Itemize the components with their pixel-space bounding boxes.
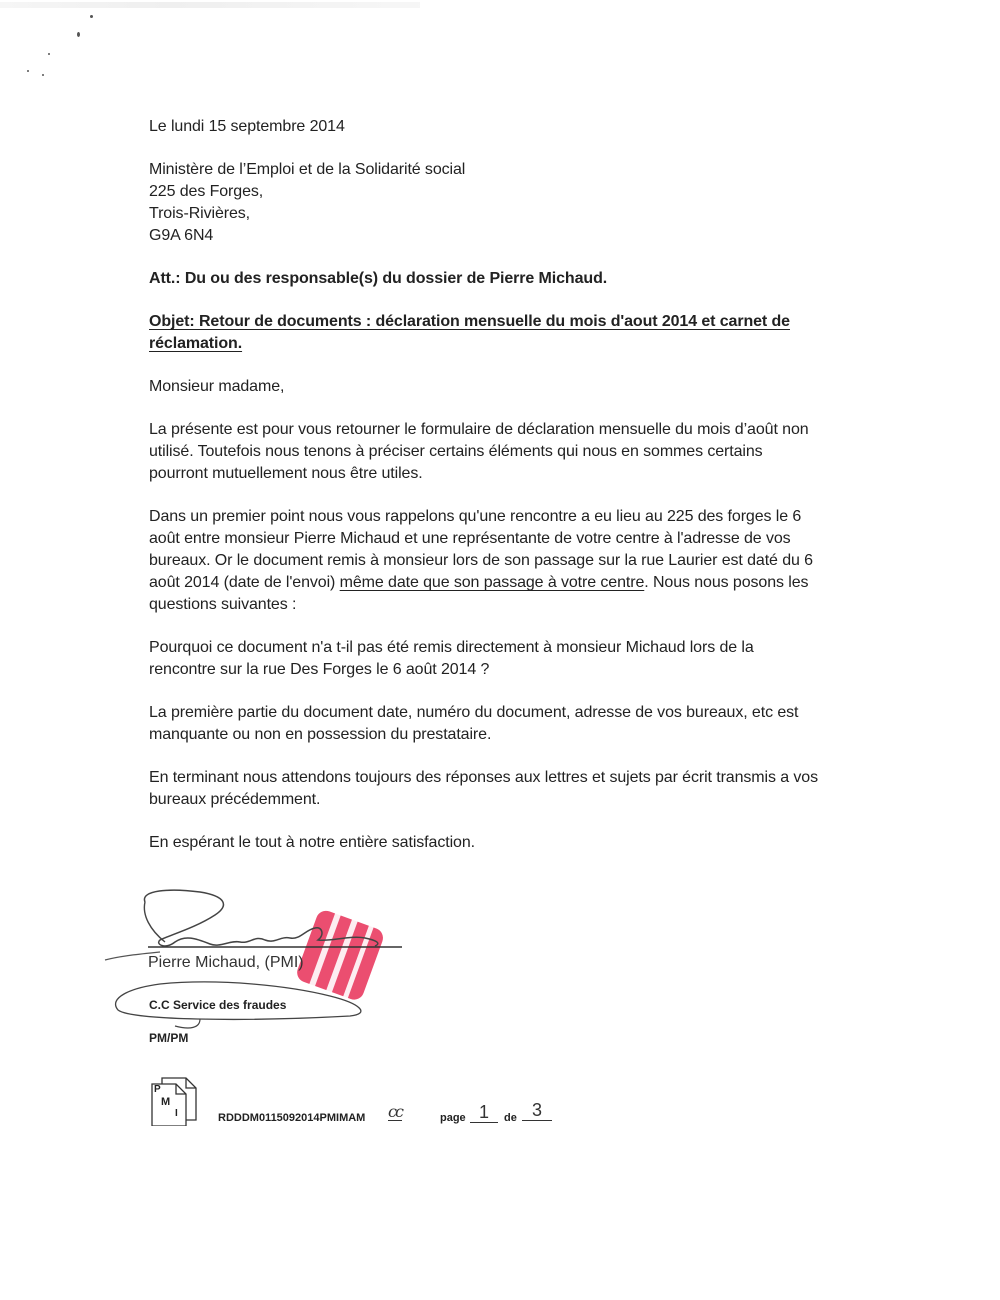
scan-speck <box>42 74 44 76</box>
salutation: Monsieur madame, <box>149 376 869 398</box>
text-segment: août 2014 (date de l'envoi) <box>149 574 340 591</box>
pmi-document-logo-icon: P M I <box>150 1076 200 1126</box>
red-stamp-icon <box>293 906 386 1005</box>
scan-speck <box>27 70 29 72</box>
paragraph-line: La première partie du document date, num… <box>149 702 869 724</box>
scan-edge-artifact <box>0 2 420 8</box>
paragraph-line: En terminant nous attendons toujours des… <box>149 767 869 789</box>
paragraph-line: août 2014 (date de l'envoi) même date qu… <box>149 572 869 594</box>
logo-letter-p: P <box>154 1084 161 1095</box>
paragraph-line: rencontre sur la rue Des Forges le 6 aoû… <box>149 659 869 681</box>
scan-speck <box>48 53 50 55</box>
paragraph-line: utilisé. Toutefois nous tenons à précise… <box>149 441 869 463</box>
attention-line: Att.: Du ou des responsable(s) du dossie… <box>149 268 869 290</box>
paragraph-line: pourront mutuellement nous être utiles. <box>149 463 869 485</box>
paragraph-line: bureaux. Or le document remis à monsieur… <box>149 550 869 572</box>
recipient-postal-code: G9A 6N4 <box>149 225 869 247</box>
recipient-address: Ministère de l’Emploi et de la Solidarit… <box>149 159 869 247</box>
page-total: 3 <box>522 1100 552 1121</box>
document-footer: P M I RDDDM0115092014PMIMAM cc page 1 de… <box>150 1070 570 1130</box>
subject-line-2: réclamation. <box>149 333 869 355</box>
paragraph-line: bureaux précédemment. <box>149 789 869 811</box>
recipient-city: Trois-Rivières, <box>149 203 869 225</box>
paragraph-2: Dans un premier point nous vous rappelon… <box>149 506 869 616</box>
letter-body: Le lundi 15 septembre 2014 Ministère de … <box>149 116 869 854</box>
scan-speck <box>90 15 93 18</box>
letter-date: Le lundi 15 septembre 2014 <box>149 116 869 138</box>
paragraph-line: manquante ou non en possession du presta… <box>149 724 869 746</box>
recipient-street: 225 des Forges, <box>149 181 869 203</box>
logo-letter-i: I <box>175 1108 178 1119</box>
paragraph-line: Dans un premier point nous vous rappelon… <box>149 506 869 528</box>
paragraph-line: août entre monsieur Pierre Michaud et un… <box>149 528 869 550</box>
page-label: page <box>440 1112 466 1124</box>
subject-line-1: Objet: Retour de documents : déclaration… <box>149 311 869 333</box>
paragraph-line: La présente est pour vous retourner le f… <box>149 419 869 441</box>
handwritten-cc-mark: cc <box>388 1104 402 1121</box>
paragraph-3: Pourquoi ce document n'a t-il pas été re… <box>149 637 869 681</box>
closing-paragraph: En espérant le tout à notre entière sati… <box>149 832 869 854</box>
paragraph-4: La première partie du document date, num… <box>149 702 869 746</box>
recipient-name: Ministère de l’Emploi et de la Solidarit… <box>149 159 869 181</box>
text-segment: . Nous nous posons les <box>644 574 808 591</box>
author-initials: PM/PM <box>149 1031 188 1045</box>
paragraph-line: questions suivantes : <box>149 594 869 616</box>
underlined-phrase: même date que son passage à votre centre <box>340 574 645 591</box>
document-reference: RDDDM0115092014PMIMAM <box>218 1112 365 1124</box>
page-number: 1 <box>470 1102 498 1123</box>
paragraph-5: En terminant nous attendons toujours des… <box>149 767 869 811</box>
of-label: de <box>504 1112 517 1124</box>
paragraph-line: Pourquoi ce document n'a t-il pas été re… <box>149 637 869 659</box>
paragraph-line: En espérant le tout à notre entière sati… <box>149 832 869 854</box>
subject-line: Objet: Retour de documents : déclaration… <box>149 311 869 355</box>
cc-recipient: C.C Service des fraudes <box>149 998 286 1012</box>
signer-name: Pierre Michaud, (PMI) <box>148 954 304 972</box>
paragraph-1: La présente est pour vous retourner le f… <box>149 419 869 485</box>
logo-letter-m: M <box>161 1096 170 1108</box>
scan-speck <box>77 32 80 37</box>
signature-block: Pierre Michaud, (PMI) C.C Service des fr… <box>100 880 440 1060</box>
